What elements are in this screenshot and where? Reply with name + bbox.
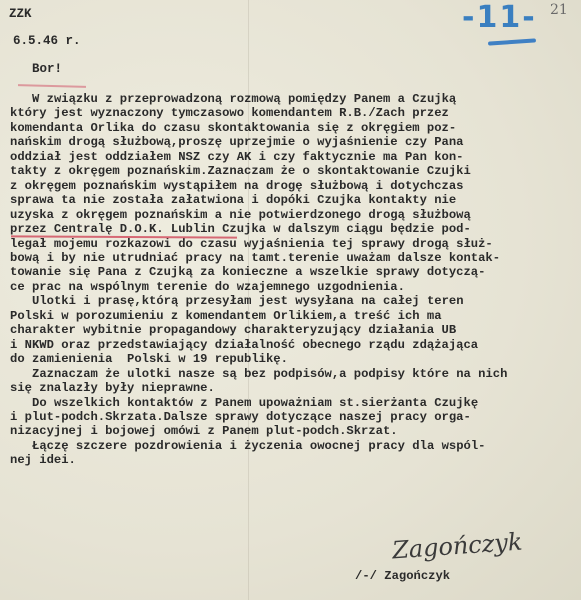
- letter-line: nizacyjnej i bojowej omówi z Panem plut-…: [10, 424, 507, 438]
- letter-line: się znalazły były nieprawne.: [10, 381, 507, 395]
- scanned-letter-page: -11- 21 ZZK 6.5.46 r. Bor! W związku z p…: [0, 0, 581, 600]
- letter-line: Do wszelkich kontaktów z Panem upoważnia…: [10, 396, 507, 410]
- letter-line: nej idei.: [10, 453, 507, 467]
- letter-line: i plut-podch.Skrzata.Dalsze sprawy dotyc…: [10, 410, 507, 424]
- letter-body: W związku z przeprowadzoną rozmową pomię…: [10, 92, 507, 468]
- letter-line: uzyska z okręgem poznańskim a nie potwie…: [10, 208, 507, 222]
- letter-line: sprawa ta nie została załatwiona i dopók…: [10, 193, 507, 207]
- letter-line: Zaznaczam że ulotki nasze są bez podpisó…: [10, 367, 507, 381]
- letter-line: Ulotki i prasę,którą przesyłam jest wysy…: [10, 294, 507, 308]
- typed-signature: /-/ Zagończyk: [355, 569, 450, 583]
- salutation: Bor!: [32, 62, 62, 76]
- archive-number-underline: [488, 38, 536, 45]
- letter-line: nańskim drogą służbową,proszę uprzejmie …: [10, 135, 507, 149]
- letter-line: i NKWD oraz przedstawiający działalność …: [10, 338, 507, 352]
- letter-line: charakter wybitnie propagandowy charakte…: [10, 323, 507, 337]
- letter-line: oddział jest oddziałem NSZ czy AK i czy …: [10, 150, 507, 164]
- handwritten-signature: Zagończyk: [391, 527, 523, 564]
- letter-line: towanie się Pana z Czujką za konieczne a…: [10, 265, 507, 279]
- letter-line: z okręgem poznańskim wystąpiłem na drogę…: [10, 179, 507, 193]
- red-pencil-mark: [18, 84, 86, 88]
- letter-line: przez Centralę D.O.K. Lublin Czujka w da…: [10, 222, 507, 236]
- pencil-note: 21: [550, 2, 568, 18]
- letter-line: Polski w porozumieniu z komendantem Orli…: [10, 309, 507, 323]
- letter-line: bową i by nie utrudniać pracy na tamt.te…: [10, 251, 507, 265]
- document-date: 6.5.46 r.: [13, 34, 81, 48]
- letter-line: takty z okręgem poznańskim.Zaznaczam że …: [10, 164, 507, 178]
- document-reference: ZZK: [9, 7, 32, 21]
- letter-line: W związku z przeprowadzoną rozmową pomię…: [10, 92, 507, 106]
- letter-line: Łączę szczere pozdrowienia i życzenia ow…: [10, 439, 507, 453]
- letter-line: do zamienienia Polski w 19 republikę.: [10, 352, 507, 366]
- letter-line: komendanta Orlika do czasu skontaktowani…: [10, 121, 507, 135]
- archive-number-stamp: -11-: [462, 0, 537, 35]
- letter-line: legał mojemu rozkazowi do czasu wyjaśnie…: [10, 237, 507, 251]
- letter-line: który jest wyznaczony tymczasowo komenda…: [10, 106, 507, 120]
- letter-line: ce prac na wspólnym terenie do wzajemneg…: [10, 280, 507, 294]
